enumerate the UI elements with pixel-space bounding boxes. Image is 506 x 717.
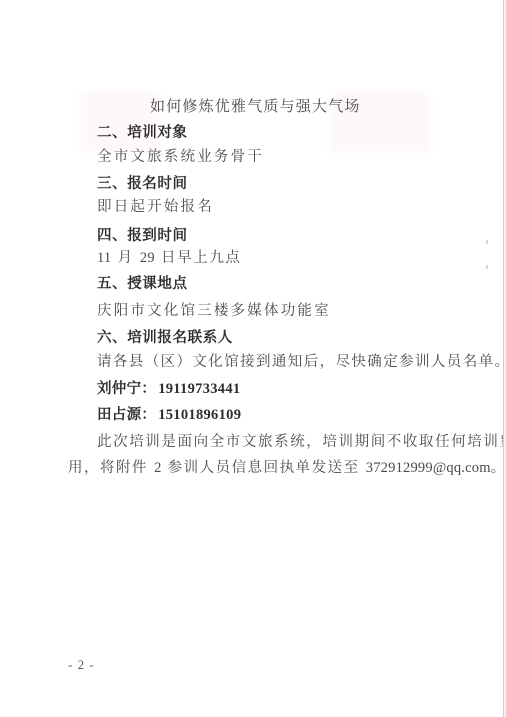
section-content-check-in-time: 11 月 29 日早上九点 (97, 251, 242, 266)
attachment-number: 2 (154, 460, 161, 476)
section-content-training-target: 全市文旅系统业务骨干 (97, 150, 264, 165)
closing-prefix: 用，将附件 (68, 460, 154, 476)
closing-paragraph-line-1: 此次培训是面向全市文旅系统，培训期间不收取任何培训费 (97, 435, 506, 450)
page-number: - 2 - (68, 657, 95, 673)
section-heading-check-in-time: 四、报到时间 (97, 229, 188, 244)
contact-liu: 刘仲宁：19119733441 (97, 382, 240, 397)
contact-phone: 15101896109 (158, 407, 241, 423)
scan-speck (486, 265, 488, 269)
contact-tian: 田占源：15101896109 (97, 408, 241, 423)
check-in-month: 11 (97, 250, 111, 266)
closing-middle: 参训人员信息回执单发送至 (162, 460, 366, 476)
closing-paragraph-line-2: 用，将附件 2 参训人员信息回执单发送至 372912999@qq.com。 (68, 461, 506, 476)
contact-name: 田占源： (97, 406, 156, 423)
document-title: 如何修炼优雅气质与强大气场 (150, 99, 361, 114)
document-page: 如何修炼优雅气质与强大气场 二、培训对象 全市文旅系统业务骨干 三、报名时间 即… (0, 0, 503, 717)
contact-name: 刘仲宁： (97, 380, 156, 397)
section-content-registration-time: 即日起开始报名 (97, 200, 214, 215)
section-heading-venue: 五、授课地点 (97, 277, 188, 292)
check-in-day: 29 (140, 250, 155, 266)
email-address: 372912999@qq.com (366, 460, 491, 476)
check-in-day-label: 日早上九点 (155, 250, 242, 266)
section-content-contact-persons: 请各县（区）文化馆接到通知后，尽快确定参训人员名单。 (97, 355, 506, 370)
section-heading-registration-time: 三、报名时间 (97, 177, 188, 192)
check-in-month-label: 月 (111, 250, 140, 266)
section-heading-training-target: 二、培训对象 (97, 126, 188, 141)
stamp-bleed-left (80, 92, 160, 152)
contact-phone: 19119733441 (158, 381, 240, 397)
scan-speck (486, 240, 488, 244)
section-heading-contact-persons: 六、培训报名联系人 (97, 331, 233, 346)
section-content-venue: 庆阳市文化馆三楼多媒体功能室 (97, 304, 331, 319)
